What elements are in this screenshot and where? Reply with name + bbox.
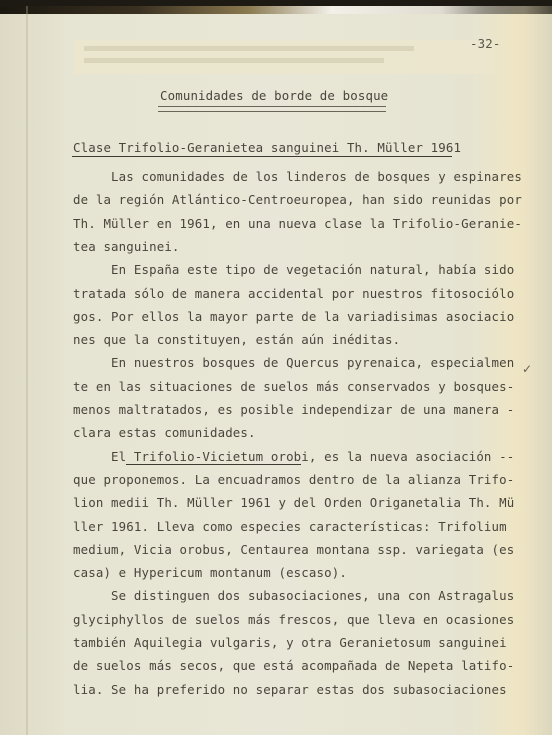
text-line: gos. Por ellos la mayor parte de la vari… [73, 309, 514, 324]
text-line: que proponemos. La encuadramos dentro de… [73, 472, 514, 487]
text-line: medium, Vicia orobus, Centaurea montana … [73, 542, 514, 557]
text-line: nes que la constituyen, están aún inédit… [73, 332, 400, 347]
text-line: también Aquilegia vulgaris, y otra Geran… [73, 635, 507, 650]
margin-tick-mark: ✓ [522, 362, 532, 376]
text-line: te en las situaciones de suelos más cons… [73, 379, 514, 394]
text-line: El Trifolio-Vicietum orobi, es la nueva … [73, 449, 514, 464]
bleed-through-line [84, 58, 384, 63]
page-title: Comunidades de borde de bosque [160, 88, 388, 103]
title-double-underline [158, 106, 386, 112]
text-line: de suelos más secos, que está acompañada… [73, 658, 514, 673]
section-heading: Clase Trifolio-Geranietea sanguinei Th. … [73, 140, 461, 155]
text-line: tratada sólo de manera accidental por nu… [73, 286, 514, 301]
scan-edge [0, 6, 552, 14]
text-line: casa) e Hypericum montanum (escaso). [73, 565, 347, 580]
association-name-underline [126, 464, 301, 465]
text-line: En nuestros bosques de Quercus pyrenaica… [73, 355, 514, 370]
bleed-through-line [84, 46, 414, 51]
text-line: ller 1961. Lleva como especies caracterí… [73, 519, 507, 534]
text-line: Th. Müller en 1961, en una nueva clase l… [73, 216, 522, 231]
scanned-page: -32- Comunidades de borde de bosque Clas… [0, 6, 552, 735]
text-line: glyciphyllos de suelos más frescos, que … [73, 612, 514, 627]
text-line: Las comunidades de los linderos de bosqu… [73, 169, 522, 184]
text-line: lion medii Th. Müller 1961 y del Orden O… [73, 495, 514, 510]
paper-fold [26, 6, 28, 735]
text-line: clara estas comunidades. [73, 425, 256, 440]
section-heading-underline [72, 156, 452, 157]
text-line: menos maltratados, es posible independiz… [73, 402, 514, 417]
text-line: tea sanguinei. [73, 239, 180, 254]
text-line: de la región Atlántico-Centroeuropea, ha… [73, 192, 522, 207]
text-line: En España este tipo de vegetación natura… [73, 262, 514, 277]
page-number: -32- [470, 36, 500, 51]
text-line: Se distinguen dos subasociaciones, una c… [73, 588, 514, 603]
text-line: lia. Se ha preferido no separar estas do… [73, 682, 507, 697]
